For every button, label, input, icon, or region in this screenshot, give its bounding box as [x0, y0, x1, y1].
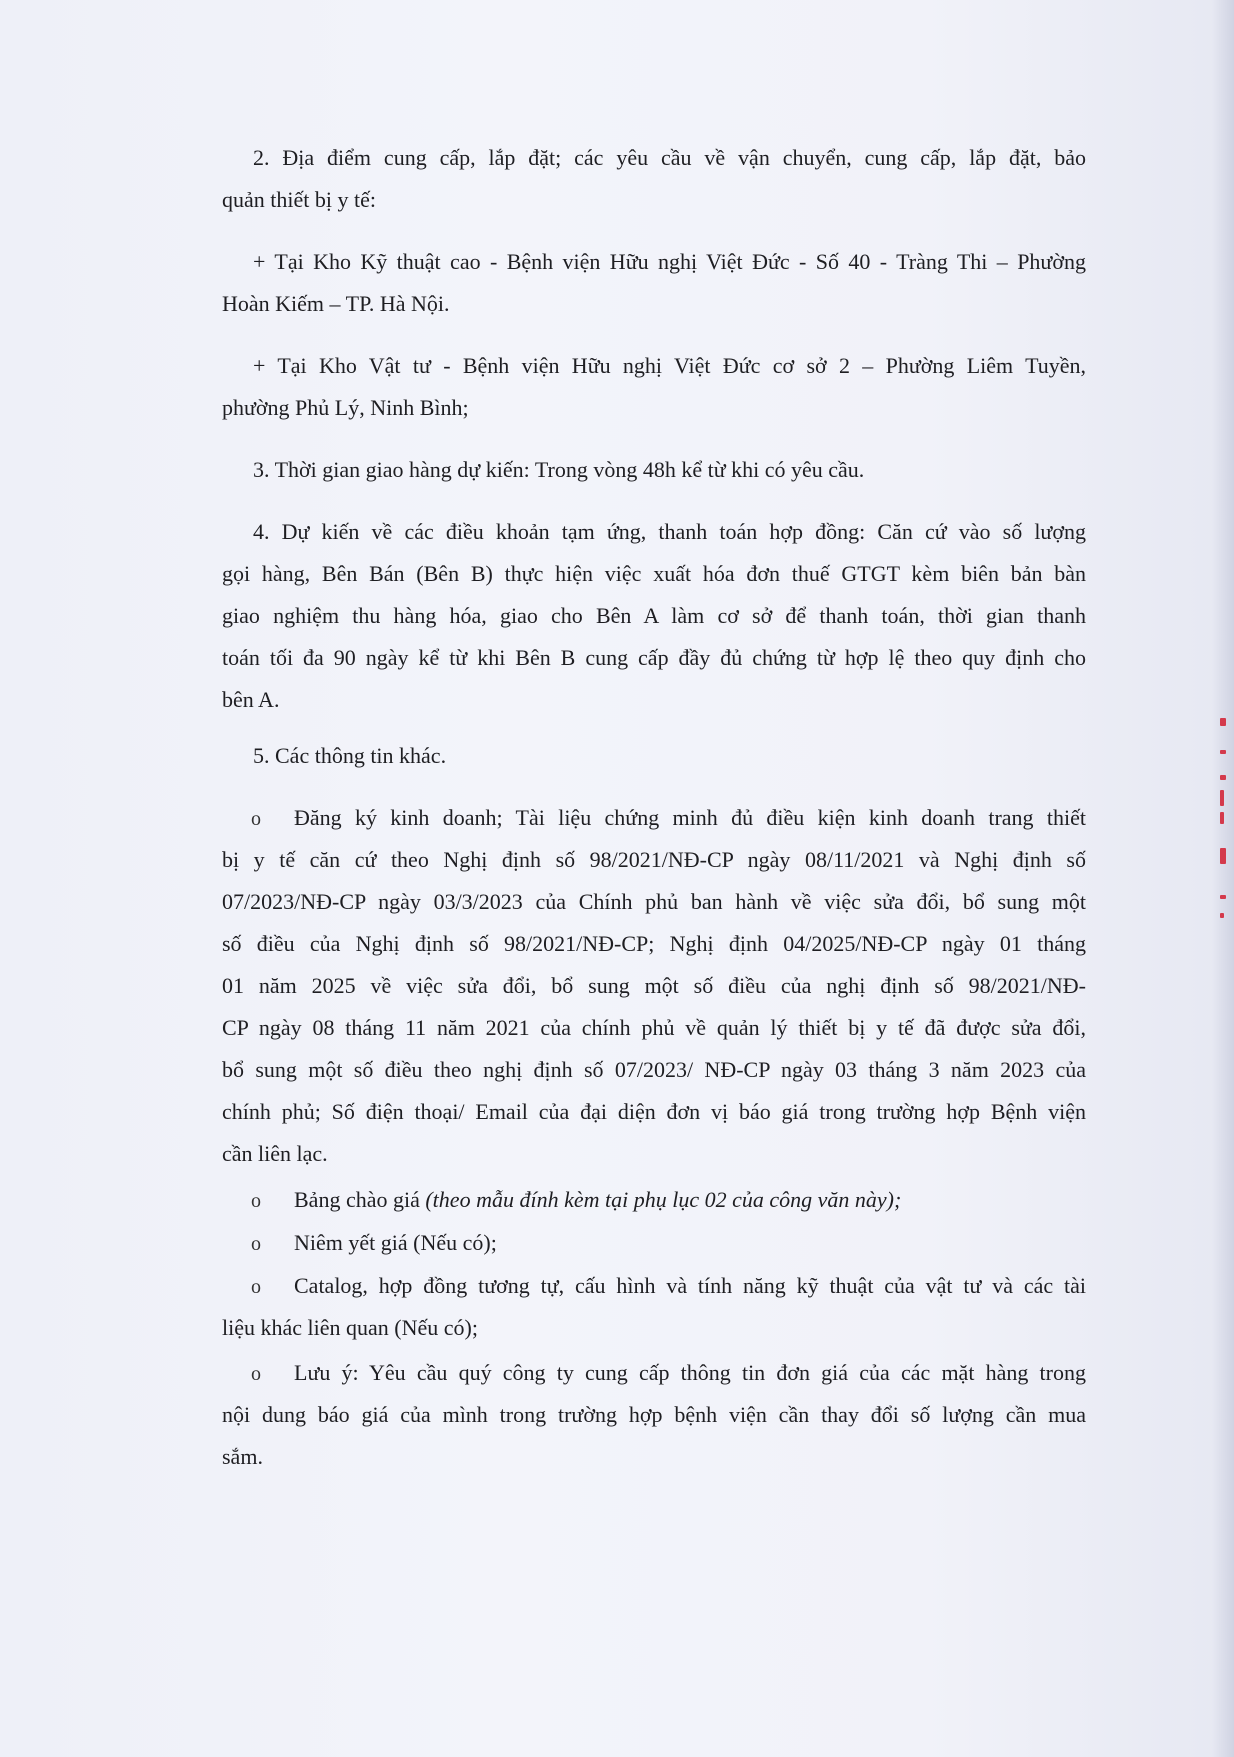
section-4-line-3: giao nghiệm thu hàng hóa, giao cho Bên A… [222, 603, 1086, 629]
registration-line-3: 07/2023/NĐ-CP ngày 03/3/2023 của Chính p… [222, 889, 1086, 915]
note-line-1: Lưu ý: Yêu cầu quý công ty cung cấp thôn… [294, 1360, 1086, 1386]
section-4-line-1: 4. Dự kiến về các điều khoản tạm ứng, th… [253, 519, 1086, 545]
section-4-line-5: bên A. [222, 687, 1086, 713]
section-2-line-2: quản thiết bị y tế: [222, 187, 1086, 213]
registration-line-4: số điều của Nghị định số 98/2021/NĐ-CP; … [222, 931, 1086, 957]
quote-label: Bảng chào giá [294, 1187, 420, 1212]
location-1-line-1: + Tại Kho Kỹ thuật cao - Bệnh viện Hữu n… [253, 249, 1086, 275]
catalog-line-2: liệu khác liên quan (Nếu có); [222, 1315, 1086, 1341]
registration-line-1: Đăng ký kinh doanh; Tài liệu chứng minh … [294, 805, 1086, 831]
location-2-line-1: + Tại Kho Vật tư - Bệnh viện Hữu nghị Vi… [253, 353, 1086, 379]
catalog-line-1: Catalog, hợp đồng tương tự, cấu hình và … [294, 1273, 1086, 1299]
page-edge-shadow [1212, 0, 1234, 1757]
note-line-2: nội dung báo giá của mình trong trường h… [222, 1402, 1086, 1428]
registration-line-9: cần liên lạc. [222, 1141, 1086, 1167]
registration-line-8: chính phủ; Số điện thoại/ Email của đại … [222, 1099, 1086, 1125]
registration-line-7: bổ sung một số điều theo nghị định số 07… [222, 1057, 1086, 1083]
bullet-circle-icon: o [251, 806, 261, 832]
section-5-heading: 5. Các thông tin khác. [253, 743, 1086, 769]
quote-note: (theo mẫu đính kèm tại phụ lục 02 của cô… [425, 1187, 901, 1212]
location-2-line-2: phường Phủ Lý, Ninh Bình; [222, 395, 1086, 421]
bullet-circle-icon: o [251, 1361, 261, 1387]
registration-line-2: bị y tế căn cứ theo Nghị định số 98/2021… [222, 847, 1086, 873]
section-3: 3. Thời gian giao hàng dự kiến: Trong vò… [253, 457, 1086, 483]
bullet-circle-icon: o [251, 1274, 261, 1300]
registration-line-5: 01 năm 2025 về việc sửa đổi, bổ sung một… [222, 973, 1086, 999]
location-1-line-2: Hoàn Kiếm – TP. Hà Nội. [222, 291, 1086, 317]
note-line-3: sắm. [222, 1444, 1086, 1470]
section-4-line-2: gọi hàng, Bên Bán (Bên B) thực hiện việc… [222, 561, 1086, 587]
section-2-line-1: 2. Địa điểm cung cấp, lắp đặt; các yêu c… [253, 145, 1086, 171]
registration-line-6: CP ngày 08 tháng 11 năm 2021 của chính p… [222, 1015, 1086, 1041]
scanned-document-page: 2. Địa điểm cung cấp, lắp đặt; các yêu c… [0, 0, 1234, 1757]
bullet-circle-icon: o [251, 1231, 261, 1257]
bullet-circle-icon: o [251, 1188, 261, 1214]
listing-item: Niêm yết giá (Nếu có); [294, 1230, 1086, 1256]
quote-item: Bảng chào giá (theo mẫu đính kèm tại phụ… [294, 1187, 1086, 1213]
section-4-line-4: toán tối đa 90 ngày kể từ khi Bên B cung… [222, 645, 1086, 671]
